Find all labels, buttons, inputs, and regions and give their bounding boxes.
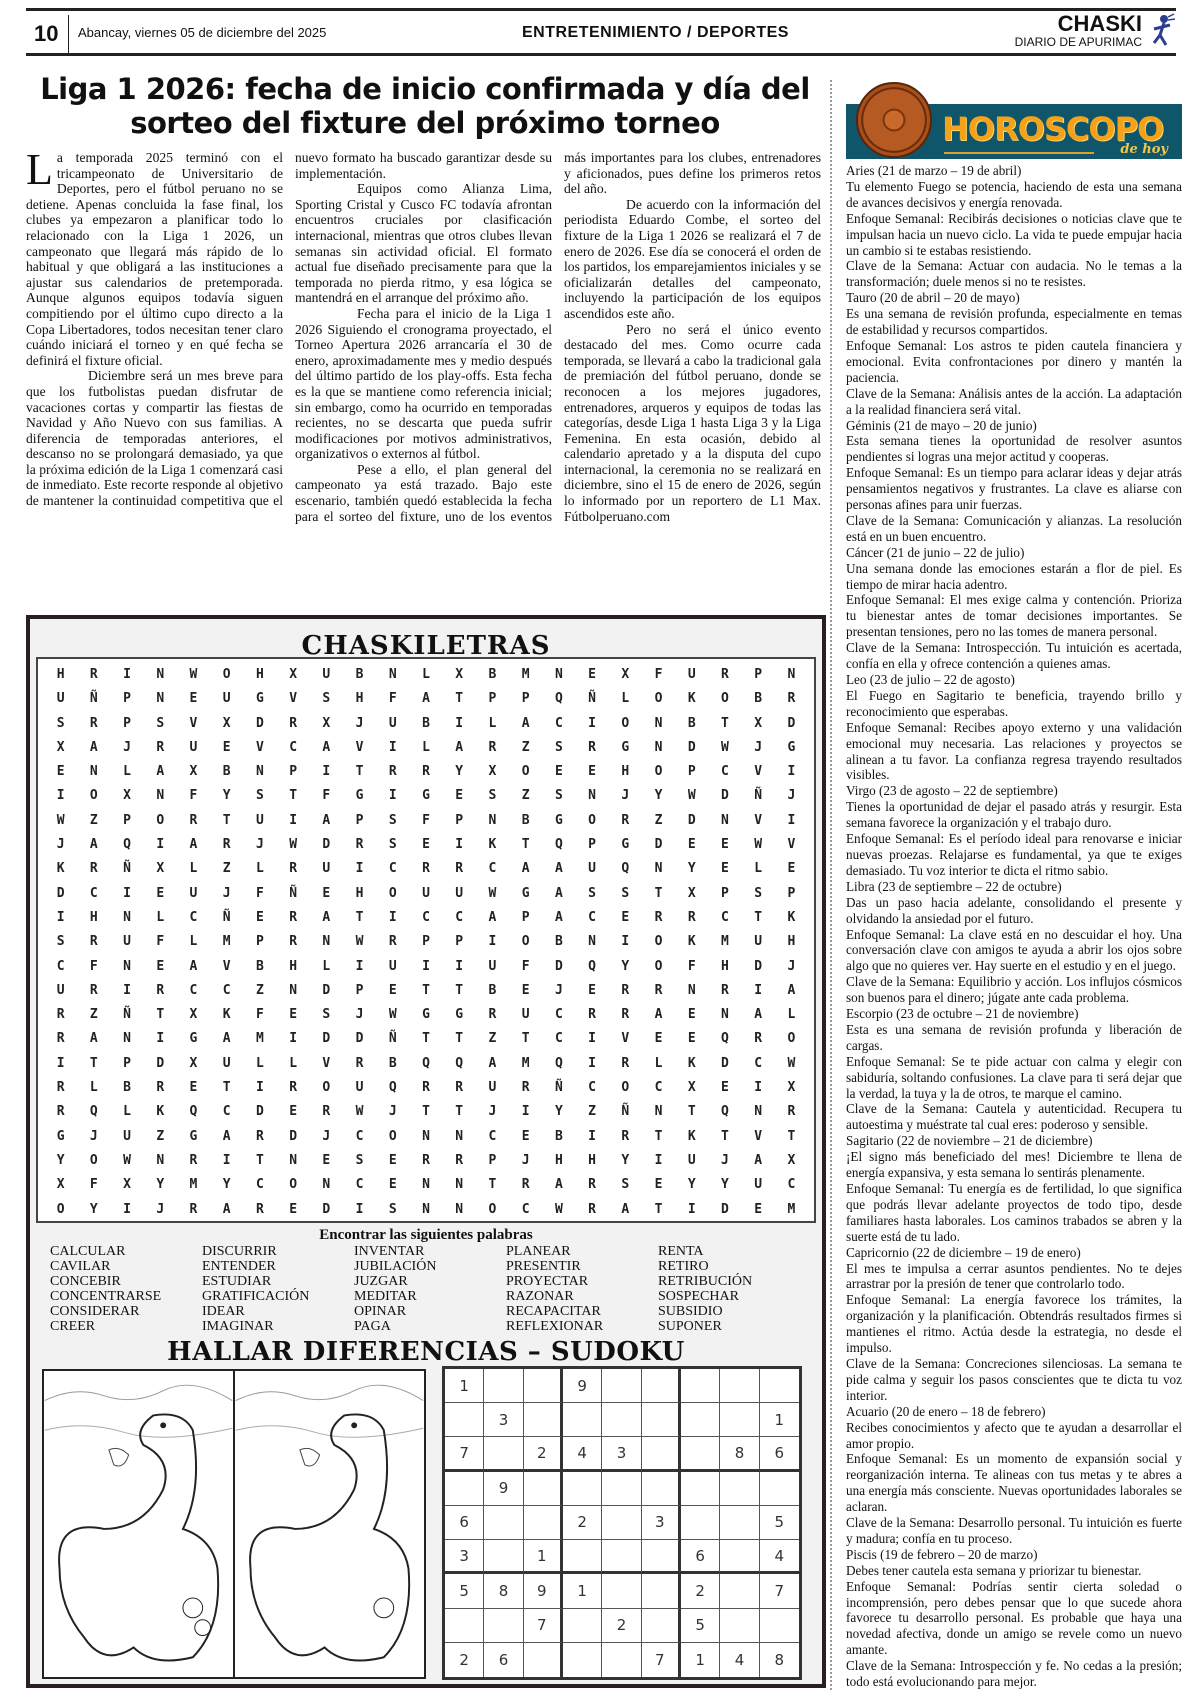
wordsearch-letter: U <box>675 1149 708 1173</box>
wordsearch-letter: U <box>476 955 509 979</box>
wordsearch-letter: E <box>409 833 442 857</box>
sudoku-cell[interactable]: 8 <box>720 1437 759 1471</box>
wordsearch-letter: A <box>742 1003 775 1027</box>
horoscope-banner: HOROSCOPO de hoy <box>846 82 1182 162</box>
wordsearch-letter: S <box>44 930 77 954</box>
article-paragraph: Equipos como Alianza Lima, Sporting Cris… <box>295 181 552 306</box>
word-item: RETRIBUCIÓN <box>658 1274 810 1289</box>
sudoku-cell[interactable] <box>720 1506 759 1540</box>
sudoku-cell[interactable] <box>760 1609 799 1643</box>
wordsearch-letter: C <box>542 1003 575 1027</box>
wordsearch-letter: F <box>243 882 276 906</box>
wordsearch-letter: N <box>575 784 608 808</box>
puzzles-section: CHASKILETRAS HRINWOHXUBNLXBMNEXFURPNUÑPN… <box>26 615 826 1688</box>
sudoku-cell[interactable] <box>602 1574 641 1608</box>
wordsearch-letter: C <box>343 1125 376 1149</box>
sudoku-cell[interactable]: 9 <box>524 1574 563 1608</box>
sudoku-cell[interactable]: 9 <box>484 1472 523 1506</box>
wordsearch-letter: D <box>675 736 708 760</box>
word-item: IMAGINAR <box>202 1319 354 1334</box>
sudoku-cell[interactable]: 1 <box>760 1403 799 1437</box>
wordsearch-letter: I <box>277 809 310 833</box>
wordsearch-letter: J <box>476 1100 509 1124</box>
sudoku-cell[interactable] <box>602 1540 641 1574</box>
horoscope-line: Debes tener cautela esta semana y priori… <box>846 1563 1182 1579</box>
wordsearch-letter: I <box>144 833 177 857</box>
wordsearch-letter: S <box>542 784 575 808</box>
sudoku-cell[interactable] <box>642 1403 681 1437</box>
wordsearch-letter: R <box>609 809 642 833</box>
sudoku-cell[interactable] <box>642 1369 681 1403</box>
wordsearch-letter: X <box>44 736 77 760</box>
wordsearch-letter: Z <box>575 1100 608 1124</box>
word-item: MEDITAR <box>354 1289 506 1304</box>
wordsearch-letter: R <box>642 906 675 930</box>
sudoku-cell[interactable]: 7 <box>445 1437 484 1471</box>
wordsearch-letter: L <box>243 857 276 881</box>
article-paragraph: Fecha para el inicio de la Liga 1 2026 S… <box>295 306 552 462</box>
wordsearch-letter: H <box>77 906 110 930</box>
wordsearch-letter: P <box>775 882 808 906</box>
wordsearch-letter: I <box>310 760 343 784</box>
wordsearch-letter: T <box>708 1125 741 1149</box>
wordsearch-letter: R <box>609 1052 642 1076</box>
wordsearch-letter: E <box>708 857 741 881</box>
wordsearch-letter: R <box>575 736 608 760</box>
wordsearch-letter: N <box>708 1003 741 1027</box>
wordsearch-letter: A <box>210 1198 243 1222</box>
wordsearch-letter: S <box>343 1149 376 1173</box>
wordsearch-letter: O <box>642 760 675 784</box>
horoscope-subtitle: de hoy <box>1120 142 1168 157</box>
wordsearch-letter: R <box>609 979 642 1003</box>
wordsearch-letter: P <box>675 760 708 784</box>
wordsearch-letter: F <box>77 1173 110 1197</box>
wordsearch-letter: Ñ <box>110 857 143 881</box>
wordsearch-letter: Q <box>110 833 143 857</box>
wordsearch-letter: U <box>376 712 409 736</box>
sudoku-cell[interactable] <box>484 1506 523 1540</box>
sudoku-cell[interactable] <box>681 1403 720 1437</box>
wordsearch-letter: R <box>77 979 110 1003</box>
wordsearch-letter: O <box>476 1198 509 1222</box>
sudoku-cell[interactable]: 3 <box>642 1506 681 1540</box>
sudoku-cell[interactable] <box>642 1472 681 1506</box>
wordsearch-letter: Z <box>77 809 110 833</box>
wordsearch-letter: W <box>708 736 741 760</box>
wordsearch-letter: V <box>310 1052 343 1076</box>
sudoku-cell[interactable] <box>720 1540 759 1574</box>
wordsearch-letter: R <box>708 979 741 1003</box>
sudoku-cell[interactable] <box>760 1369 799 1403</box>
wordsearch-letter: N <box>310 930 343 954</box>
sudoku-cell[interactable] <box>445 1403 484 1437</box>
sudoku-cell[interactable] <box>720 1472 759 1506</box>
horoscope-line: Das un paso hacia adelante, consolidando… <box>846 895 1182 927</box>
sudoku-cell[interactable]: 3 <box>484 1403 523 1437</box>
wordsearch-letter: I <box>409 955 442 979</box>
sudoku-cell[interactable]: 8 <box>484 1574 523 1608</box>
sudoku-cell[interactable] <box>445 1609 484 1643</box>
sudoku-cell[interactable]: 3 <box>445 1540 484 1574</box>
wordsearch-letter: R <box>509 1076 542 1100</box>
wordsearch-letter: P <box>708 882 741 906</box>
wordsearch-letter: S <box>376 1198 409 1222</box>
sudoku-cell[interactable]: 8 <box>760 1643 799 1677</box>
horoscope-line: El mes te impulsa a cerrar asuntos pendi… <box>846 1261 1182 1293</box>
wordsearch-letter: L <box>609 687 642 711</box>
sudoku-cell[interactable]: 2 <box>563 1506 602 1540</box>
wordsearch-letter: E <box>177 1076 210 1100</box>
sudoku-cell[interactable]: 5 <box>681 1609 720 1643</box>
wordsearch-letter: A <box>77 833 110 857</box>
sudoku-cell[interactable] <box>681 1437 720 1471</box>
wordsearch-letter: P <box>575 833 608 857</box>
wordsearch-letter: Y <box>443 760 476 784</box>
sudoku-cell[interactable]: 4 <box>563 1437 602 1471</box>
sudoku-cell[interactable] <box>524 1369 563 1403</box>
wordsearch-letter: Ñ <box>277 882 310 906</box>
sudoku-cell[interactable] <box>720 1574 759 1608</box>
sudoku-cell[interactable] <box>524 1472 563 1506</box>
wordsearch-letter: R <box>708 663 741 687</box>
wordsearch-letter: R <box>44 1076 77 1100</box>
wordsearch-letter: W <box>675 784 708 808</box>
wordsearch-letter: I <box>376 784 409 808</box>
wordsearch-letter: H <box>708 955 741 979</box>
brand-logo: CHASKI DIARIO DE APURIMAC <box>1015 13 1142 49</box>
horoscope-line: Enfoque Semanal: Es un tiempo para aclar… <box>846 465 1182 513</box>
wordsearch-letter: I <box>343 857 376 881</box>
wordsearch-letter: I <box>742 979 775 1003</box>
wordsearch-letter: N <box>642 1100 675 1124</box>
wordsearch-letter: E <box>675 833 708 857</box>
wordsearch-letter: C <box>210 979 243 1003</box>
wordsearch-letter: Z <box>509 736 542 760</box>
wordsearch-letter: W <box>542 1198 575 1222</box>
horoscope-line: Clave de la Semana: Análisis antes de la… <box>846 386 1182 418</box>
wordsearch-letter: I <box>509 1100 542 1124</box>
wordsearch-letter: G <box>443 1003 476 1027</box>
horoscope-line: Enfoque Semanal: Es el período ideal par… <box>846 831 1182 879</box>
wordsearch-letter: U <box>575 857 608 881</box>
sudoku-cell[interactable] <box>563 1609 602 1643</box>
sudoku-cell[interactable] <box>524 1403 563 1437</box>
wordsearch-letter: N <box>376 663 409 687</box>
wordsearch-letter: N <box>642 712 675 736</box>
sudoku-cell[interactable] <box>602 1506 641 1540</box>
wordsearch-letter: Ñ <box>376 1027 409 1051</box>
sudoku-cell[interactable]: 3 <box>602 1437 641 1471</box>
wordsearch-letter: M <box>509 663 542 687</box>
sudoku-cell[interactable]: 1 <box>563 1574 602 1608</box>
horoscope-line: Clave de la Semana: Equilibrio y acción.… <box>846 974 1182 1006</box>
wordsearch-letter: C <box>476 1125 509 1149</box>
wordsearch-letter: I <box>44 1052 77 1076</box>
word-item: SUPONER <box>658 1319 810 1334</box>
wordsearch-letter: Q <box>177 1100 210 1124</box>
wordsearch-letter: Z <box>476 1027 509 1051</box>
sudoku-cell[interactable]: 4 <box>760 1540 799 1574</box>
wordsearch-letter: S <box>144 712 177 736</box>
wordsearch-letter: B <box>343 663 376 687</box>
wordsearch-letter: D <box>243 712 276 736</box>
wordsearch-letter: R <box>144 736 177 760</box>
wordsearch-letter: C <box>409 906 442 930</box>
sudoku-cell[interactable] <box>642 1574 681 1608</box>
wordsearch-letter: Y <box>44 1149 77 1173</box>
wordsearch-letter: E <box>144 955 177 979</box>
wordsearch-letter: Q <box>575 955 608 979</box>
sudoku-cell[interactable] <box>484 1437 523 1471</box>
wordsearch-letter: W <box>775 1052 808 1076</box>
wordsearch-letter: D <box>243 1100 276 1124</box>
word-item: JUBILACIÓN <box>354 1259 506 1274</box>
sudoku-cell[interactable] <box>484 1540 523 1574</box>
wordsearch-letter: N <box>742 1100 775 1124</box>
sudoku-cell[interactable]: 6 <box>760 1437 799 1471</box>
wordsearch-letter: F <box>243 1003 276 1027</box>
wordsearch-letter: X <box>177 760 210 784</box>
wordsearch-letter: P <box>443 930 476 954</box>
wordsearch-letter: U <box>742 930 775 954</box>
wordsearch-letter: X <box>310 712 343 736</box>
sudoku-cell[interactable] <box>681 1506 720 1540</box>
wordsearch-letter: A <box>443 736 476 760</box>
horoscope-line: Tienes la oportunidad de dejar el pasado… <box>846 799 1182 831</box>
sudoku-cell[interactable]: 2 <box>681 1574 720 1608</box>
wordsearch-letter: C <box>742 1052 775 1076</box>
wordsearch-letter: R <box>77 712 110 736</box>
wordsearch-letter: V <box>609 1027 642 1051</box>
sudoku-cell[interactable]: 7 <box>524 1609 563 1643</box>
word-item: JUZGAR <box>354 1274 506 1289</box>
wordsearch-letter: X <box>443 663 476 687</box>
wordsearch-letter: L <box>310 955 343 979</box>
sudoku-cell[interactable]: 7 <box>642 1643 681 1677</box>
horoscope-line: Leo (23 de julio – 22 de agosto) <box>846 672 1182 688</box>
sudoku-cell[interactable] <box>484 1609 523 1643</box>
wordsearch-letter: N <box>542 663 575 687</box>
wordsearch-letter: E <box>144 882 177 906</box>
wordsearch-letter: R <box>177 1198 210 1222</box>
wordsearch-letter: T <box>443 687 476 711</box>
wordsearch-letter: Z <box>509 784 542 808</box>
wordsearch-letter: W <box>343 1100 376 1124</box>
horoscope-line: Piscis (19 de febrero – 20 de marzo) <box>846 1547 1182 1563</box>
word-item: ESTUDIAR <box>202 1274 354 1289</box>
wordsearch-letter: T <box>509 1027 542 1051</box>
page-header: 10 Abancay, viernes 05 de diciembre del … <box>26 8 1176 56</box>
horoscope-line: Esta semana tienes la oportunidad de res… <box>846 433 1182 465</box>
sudoku-cell[interactable]: 2 <box>602 1609 641 1643</box>
sudoku-cell[interactable] <box>681 1472 720 1506</box>
difference-image-right <box>235 1371 424 1677</box>
wordsearch-letter: P <box>243 930 276 954</box>
wordsearch-letter: E <box>742 1198 775 1222</box>
sudoku-cell[interactable] <box>602 1643 641 1677</box>
sudoku-cell[interactable] <box>602 1403 641 1437</box>
wordsearch-letter: Ñ <box>542 1076 575 1100</box>
article-paragraph: Pero no será el único evento destacado d… <box>564 322 821 525</box>
wordsearch-letter: R <box>675 906 708 930</box>
wordsearch-letter: P <box>509 687 542 711</box>
sudoku-cell[interactable]: 1 <box>445 1369 484 1403</box>
wordsearch-letter: N <box>144 663 177 687</box>
sudoku-cell[interactable] <box>484 1369 523 1403</box>
wordsearch-letter: R <box>575 1173 608 1197</box>
wordsearch-letter: F <box>675 955 708 979</box>
wordsearch-letter: E <box>243 906 276 930</box>
wordsearch-letter: I <box>476 930 509 954</box>
article-headline: Liga 1 2026: fecha de inicio confirmada … <box>30 72 820 140</box>
sudoku-cell[interactable] <box>642 1609 681 1643</box>
sudoku-cell[interactable]: 5 <box>445 1574 484 1608</box>
wordsearch-letter: U <box>177 882 210 906</box>
sudoku-cell[interactable]: 4 <box>720 1643 759 1677</box>
wordsearch-letter: G <box>343 784 376 808</box>
wordsearch-letter: S <box>542 736 575 760</box>
wordsearch-letter: H <box>542 1149 575 1173</box>
wordsearch-letter: M <box>775 1198 808 1222</box>
wordsearch-letter: R <box>343 1052 376 1076</box>
wordsearch-letter: H <box>44 663 77 687</box>
wordsearch-letter: Ñ <box>110 1003 143 1027</box>
wordsearch-letter: V <box>742 1125 775 1149</box>
horoscope-line: Una semana donde las emociones estarán a… <box>846 561 1182 593</box>
horoscope-line: Clave de la Semana: Comunicación y alian… <box>846 513 1182 545</box>
wordsearch-letter: I <box>343 955 376 979</box>
sudoku-cell[interactable] <box>720 1403 759 1437</box>
wordsearch-letter: B <box>742 687 775 711</box>
brand-tagline: DIARIO DE APURIMAC <box>1015 35 1142 49</box>
wordsearch-letter: H <box>277 955 310 979</box>
wordsearch-letter: P <box>277 760 310 784</box>
sudoku-cell[interactable] <box>563 1472 602 1506</box>
wordsearch-letter: L <box>277 1052 310 1076</box>
wordsearch-letter: R <box>609 1003 642 1027</box>
horoscope-line: Enfoque Semanal: Los astros te piden cau… <box>846 338 1182 386</box>
wordsearch-letter: S <box>376 809 409 833</box>
wordsearch-letter: I <box>609 930 642 954</box>
sudoku-cell[interactable] <box>524 1506 563 1540</box>
wordsearch-letter: P <box>110 809 143 833</box>
sudoku-cell[interactable]: 5 <box>760 1506 799 1540</box>
article-paragraph: a temporada 2025 terminó con el tricampe… <box>26 150 283 368</box>
wordsearch-letter: Y <box>609 955 642 979</box>
wordsearch-letter: N <box>110 1027 143 1051</box>
sudoku-cell[interactable] <box>720 1609 759 1643</box>
wordsearch-letter: A <box>310 809 343 833</box>
wordsearch-letter: L <box>177 857 210 881</box>
wordsearch-letter: R <box>144 1076 177 1100</box>
sudoku-cell[interactable]: 7 <box>760 1574 799 1608</box>
wordsearch-letter: X <box>177 1003 210 1027</box>
wordsearch-letter: I <box>443 833 476 857</box>
wordsearch-letter: X <box>775 1149 808 1173</box>
sudoku-cell[interactable]: 2 <box>524 1437 563 1471</box>
wordsearch-letter: O <box>310 1076 343 1100</box>
wordsearch-letter: R <box>476 1003 509 1027</box>
sudoku-cell[interactable]: 6 <box>484 1643 523 1677</box>
sudoku-cell[interactable] <box>602 1369 641 1403</box>
sudoku-cell[interactable]: 1 <box>524 1540 563 1574</box>
wordsearch-letter: N <box>409 1173 442 1197</box>
wordsearch-letter: F <box>376 687 409 711</box>
wordsearch-letter: K <box>44 857 77 881</box>
wordsearch-letter: U <box>310 663 343 687</box>
wordsearch-letter: P <box>476 687 509 711</box>
wordsearch-letter: N <box>642 736 675 760</box>
wordsearch-letter: C <box>210 1100 243 1124</box>
wordsearch-letter: X <box>177 1052 210 1076</box>
sudoku-cell[interactable] <box>563 1643 602 1677</box>
sudoku-cell[interactable] <box>642 1437 681 1471</box>
wordsearch-letter: Q <box>609 857 642 881</box>
wordsearch-letter: V <box>277 687 310 711</box>
words-title: Encontrar las siguientes palabras <box>30 1227 822 1244</box>
sudoku-cell[interactable] <box>445 1472 484 1506</box>
wordsearch-letter: B <box>210 760 243 784</box>
wordsearch-letter: Y <box>642 784 675 808</box>
sudoku-cell[interactable]: 9 <box>563 1369 602 1403</box>
sudoku-cell[interactable] <box>524 1643 563 1677</box>
wordsearch-letter: I <box>376 906 409 930</box>
wordsearch-letter: X <box>277 663 310 687</box>
sudoku-cell[interactable]: 6 <box>445 1506 484 1540</box>
wordsearch-letter: T <box>708 712 741 736</box>
wordsearch-letter: T <box>144 1003 177 1027</box>
sudoku-cell[interactable]: 6 <box>681 1540 720 1574</box>
horoscope-line: Escorpio (23 de octubre – 21 de noviembr… <box>846 1006 1182 1022</box>
sudoku-cell[interactable] <box>563 1403 602 1437</box>
wordsearch-letter: R <box>376 930 409 954</box>
wordsearch-letter: C <box>575 1076 608 1100</box>
wordsearch-letter: I <box>110 979 143 1003</box>
wordsearch-letter: U <box>443 882 476 906</box>
wordsearch-letter: E <box>575 760 608 784</box>
wordsearch-letter: W <box>476 882 509 906</box>
sudoku-cell[interactable] <box>563 1540 602 1574</box>
sudoku-cell[interactable]: 1 <box>681 1643 720 1677</box>
sudoku-cell[interactable] <box>642 1540 681 1574</box>
wordsearch-letter: O <box>144 809 177 833</box>
sudoku-cell[interactable] <box>681 1369 720 1403</box>
wordsearch-letter: T <box>675 1100 708 1124</box>
wordsearch-letter: D <box>310 1198 343 1222</box>
sudoku-cell[interactable] <box>760 1472 799 1506</box>
wordsearch-letter: S <box>376 833 409 857</box>
wordsearch-letter: L <box>110 1100 143 1124</box>
wordsearch-letter: A <box>177 833 210 857</box>
wordsearch-letter: L <box>243 1052 276 1076</box>
sudoku-cell[interactable] <box>720 1369 759 1403</box>
wordsearch-letter: J <box>542 979 575 1003</box>
wordsearch-letter: G <box>542 809 575 833</box>
sudoku-cell[interactable] <box>602 1472 641 1506</box>
wordsearch-letter: T <box>343 760 376 784</box>
brand-name: CHASKI <box>1015 13 1142 35</box>
wordsearch-letter: I <box>675 1198 708 1222</box>
horoscope-line: Capricornio (22 de diciembre – 19 de ene… <box>846 1245 1182 1261</box>
wordsearch-letter: D <box>708 784 741 808</box>
wordsearch-letter: O <box>376 882 409 906</box>
wordsearch-letter: A <box>542 857 575 881</box>
dinosaur-illustration-icon <box>235 1371 424 1677</box>
wordsearch-letter: J <box>509 1149 542 1173</box>
wordsearch-letter: P <box>343 809 376 833</box>
sudoku-cell[interactable]: 2 <box>445 1643 484 1677</box>
